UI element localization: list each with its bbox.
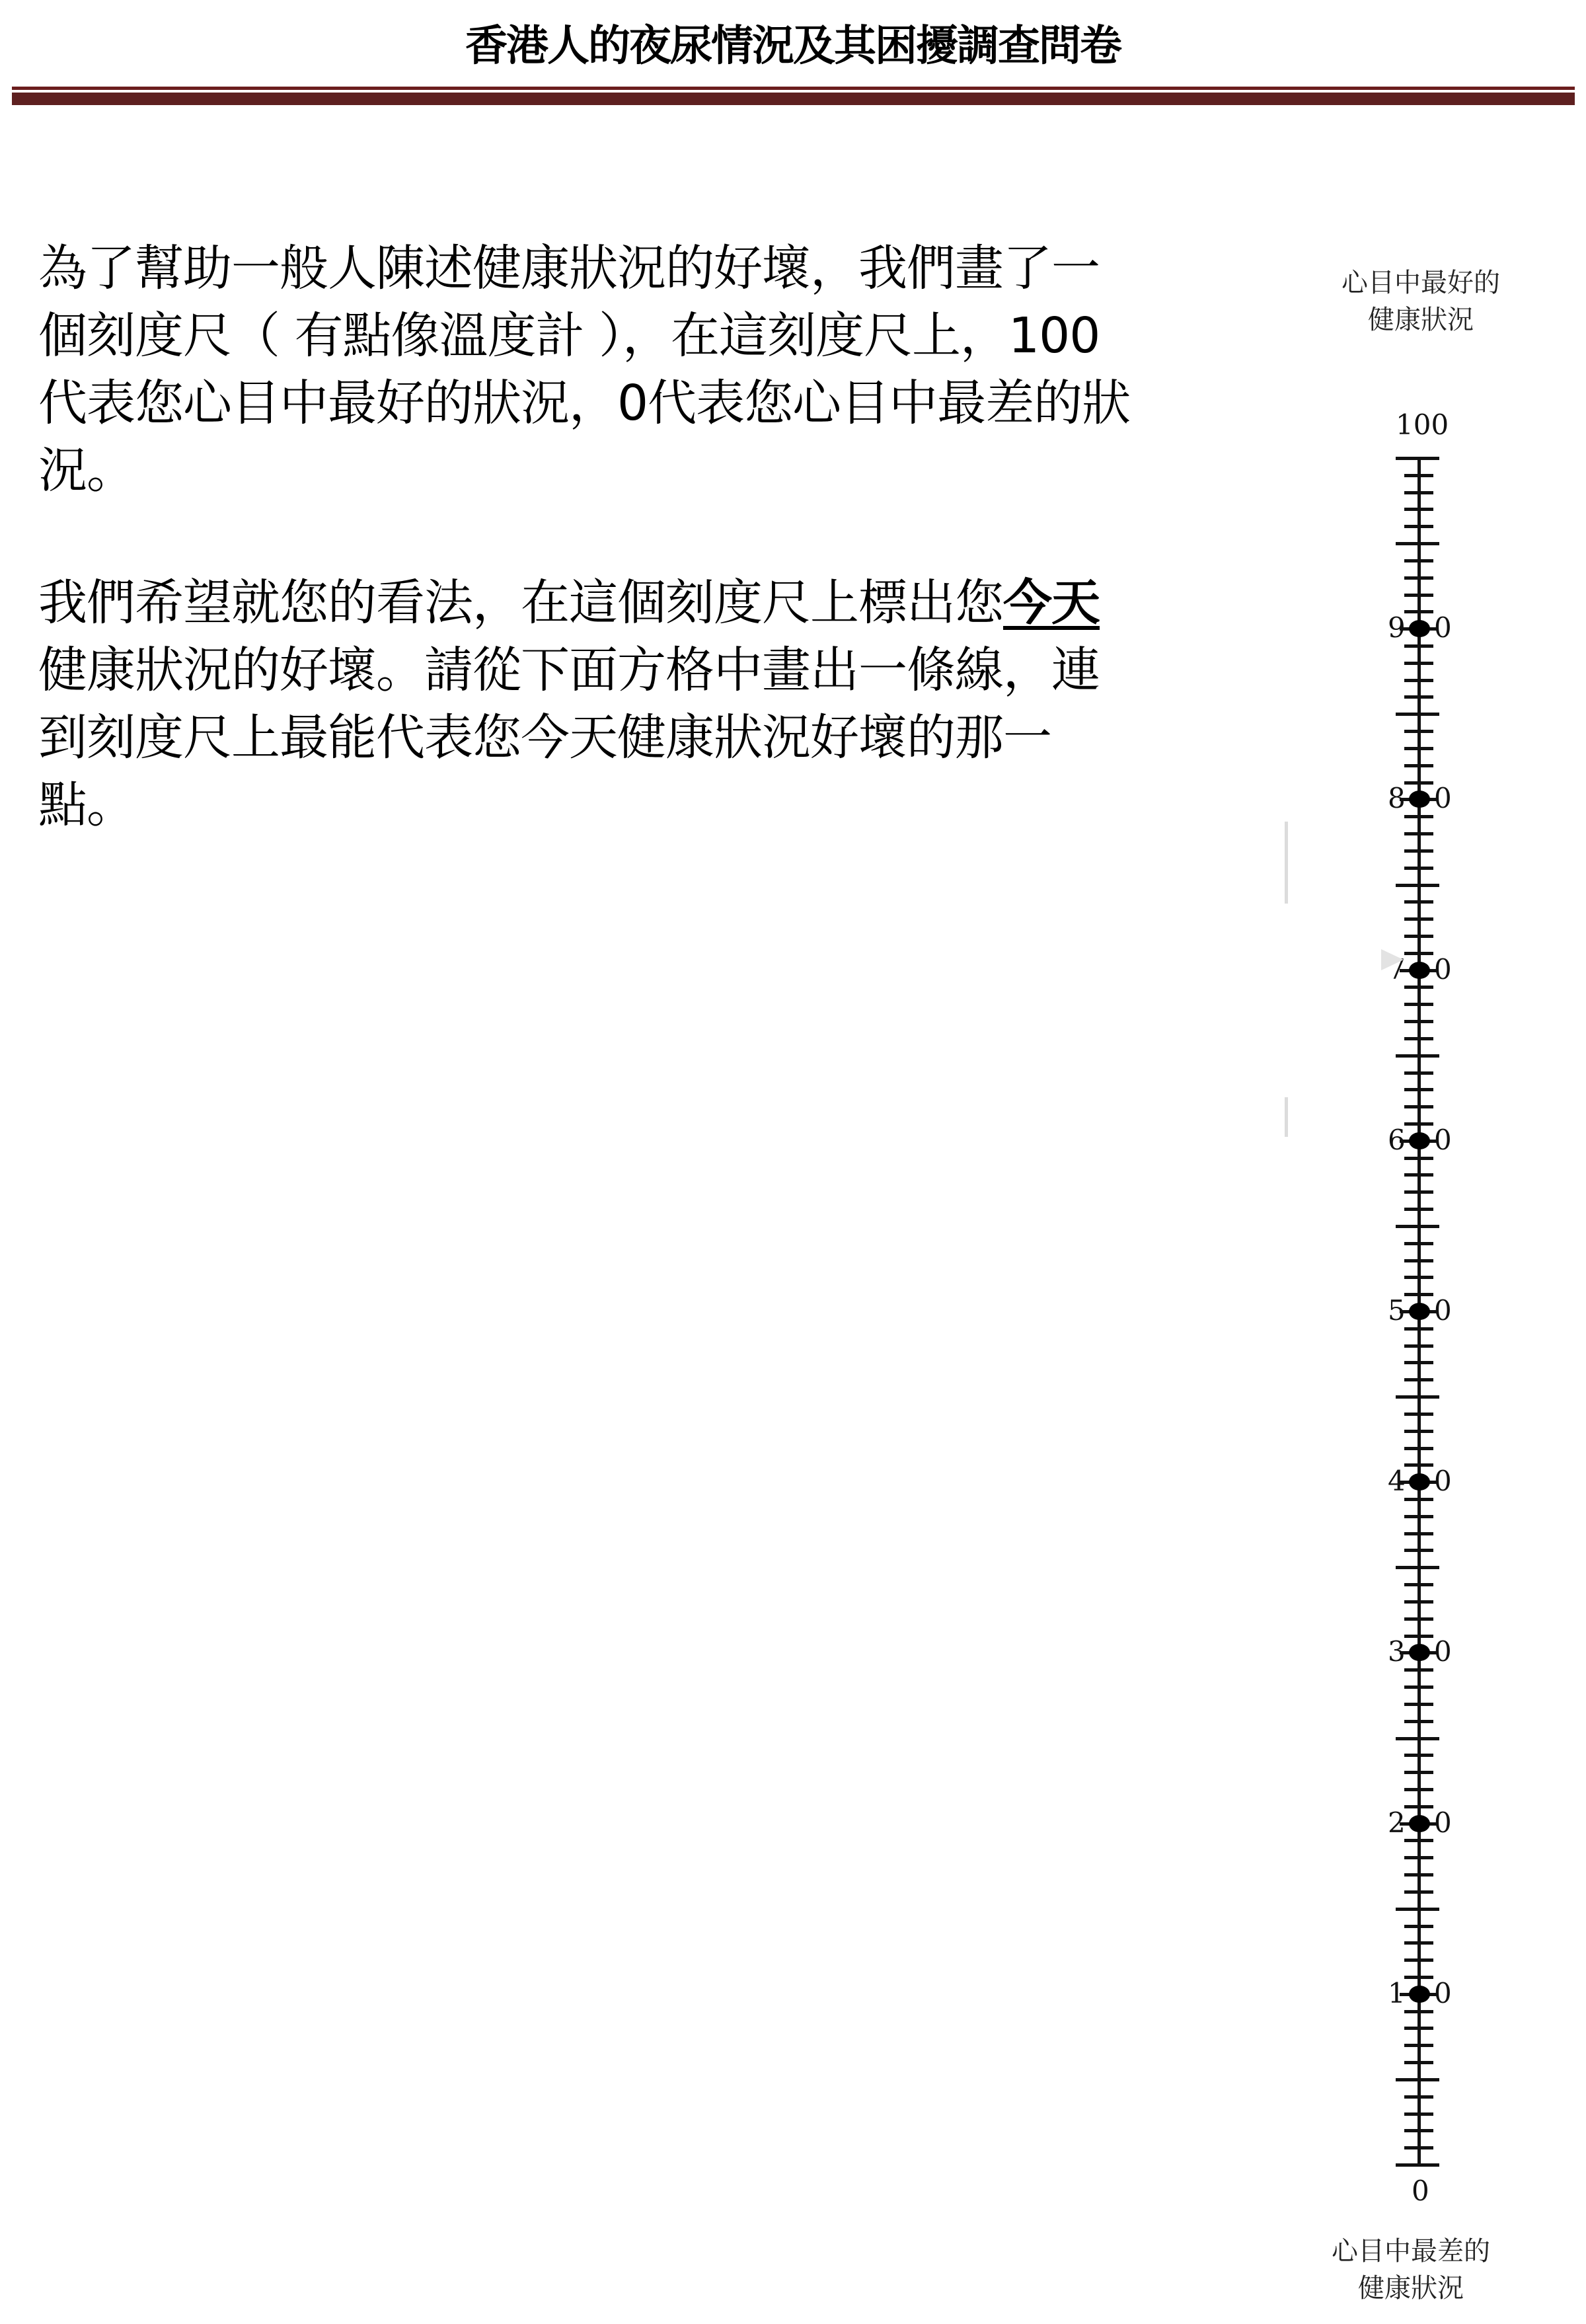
paragraph-2-text: 我們希望就您的看法，在這個刻度尺上標出您 (38, 574, 1003, 631)
scale-tick (1404, 1925, 1433, 1928)
scale-tick (1404, 1600, 1433, 1604)
scale-tick (1400, 798, 1437, 801)
scale-tick (1404, 1122, 1433, 1126)
scale-label-tens: 6 (1388, 1126, 1406, 1154)
scale-tick (1396, 1908, 1439, 1911)
scale-tick (1404, 1720, 1433, 1723)
scale-tick (1404, 1617, 1433, 1621)
scale-tick (1404, 952, 1433, 955)
scale-tick (1404, 1771, 1433, 1774)
scale-bottom-caption-line: 心目中最差的 (1279, 2233, 1543, 2270)
scan-artifact-arrow (1381, 949, 1404, 970)
scale-tick (1404, 559, 1433, 562)
scale-tick (1404, 1447, 1433, 1450)
scale-tick (1404, 1703, 1433, 1706)
scale-point-marker (1409, 1644, 1430, 1661)
scale-tick (1404, 1105, 1433, 1108)
scale-tick (1396, 1395, 1439, 1399)
instruction-paragraph-2: 我們希望就您的看法，在這個刻度尺上標出您今天 健康狀況的好壞。請從下面方格中畫出… (38, 569, 1228, 839)
scale-label-ones: 0 (1434, 1126, 1452, 1154)
scale-label-ones: 0 (1434, 1809, 1452, 1837)
scale-tick (1404, 1242, 1433, 1245)
scale-tick (1396, 457, 1439, 460)
header-rule-thin (12, 87, 1575, 90)
scale-top-caption-line: 心目中最好的 (1289, 264, 1553, 301)
instruction-paragraph-1: 為了幫助一般人陳述健康狀況的好壞，我們畫了一 個刻度尺（ 有點像溫度計 ），在這… (38, 235, 1228, 504)
scale-tick (1404, 1873, 1433, 1877)
scale-tick (1404, 849, 1433, 853)
scale-tick (1404, 1754, 1433, 1757)
scale-label-tens: 1 (1388, 1980, 1406, 2007)
scale-tick (1404, 1958, 1433, 1962)
scale-point-marker (1409, 962, 1430, 979)
scale-tick (1404, 1259, 1433, 1262)
scale-label-tens: 5 (1388, 1297, 1406, 1325)
scale-label-ones: 0 (1434, 1980, 1452, 2007)
scale-max-label: 100 (1396, 411, 1449, 439)
scale-tick (1404, 1276, 1433, 1279)
scale-tick (1404, 491, 1433, 494)
scale-tick (1400, 627, 1437, 631)
scale-label-tens: 7 (1388, 956, 1406, 984)
scale-tick (1404, 644, 1433, 648)
scale-tick (1404, 1208, 1433, 1211)
scale-tick (1404, 1293, 1433, 1296)
scale-tick (1404, 1003, 1433, 1006)
scale-label-tens: 8 (1388, 785, 1406, 812)
scan-artifact-line (1285, 1097, 1288, 1137)
scale-tick (1404, 1498, 1433, 1501)
scale-tick (1396, 2078, 1439, 2081)
scale-tick (1404, 1515, 1433, 1518)
scale-tick (1404, 917, 1433, 921)
scale-label-tens: 2 (1388, 1809, 1406, 1837)
scale-tick (1404, 679, 1433, 682)
scale-tick (1404, 1378, 1433, 1381)
scale-tick (1404, 1532, 1433, 1535)
scale-tick (1404, 2095, 1433, 2099)
scan-artifact-line (1285, 822, 1288, 904)
scale-tick (1404, 1361, 1433, 1364)
scale-tick (1396, 1566, 1439, 1569)
scale-tick (1404, 781, 1433, 785)
scale-tick (1396, 542, 1439, 545)
scale-tick (1400, 1822, 1437, 1826)
today-emphasis: 今天 (1003, 574, 1100, 631)
scale-tick (1404, 1430, 1433, 1433)
scale-tick (1404, 610, 1433, 613)
scale-tick (1404, 1344, 1433, 1348)
scale-tick (1404, 594, 1433, 597)
scale-tick (1404, 2027, 1433, 2030)
scale-tick (1404, 1037, 1433, 1040)
scale-tick (1396, 713, 1439, 716)
scale-tick (1404, 695, 1433, 699)
scale-tick (1404, 2112, 1433, 2116)
scale-tick (1404, 2129, 1433, 2132)
paragraph-1-line: 個刻度尺（ 有點像溫度計 ），在這刻度尺上，100 (38, 302, 1228, 369)
scale-label-ones: 0 (1434, 956, 1452, 984)
scale-tick (1400, 1310, 1437, 1313)
scale-tick (1404, 730, 1433, 733)
scale-tick (1404, 1173, 1433, 1177)
scale-tick (1404, 1071, 1433, 1075)
paragraph-2-line: 到刻度尺上最能代表您今天健康狀況好壞的那一 (38, 704, 1228, 771)
scale-label-tens: 3 (1388, 1638, 1406, 1666)
scale-bottom-caption-line: 健康狀況 (1279, 2270, 1543, 2307)
paragraph-2-line: 我們希望就您的看法，在這個刻度尺上標出您今天 (38, 569, 1228, 637)
scale-label-ones: 0 (1434, 1467, 1452, 1495)
scale-tick (1404, 1413, 1433, 1416)
scale-tick (1404, 576, 1433, 580)
scale-tick (1396, 1225, 1439, 1228)
scale-tick (1400, 1651, 1437, 1654)
scale-point-marker (1409, 1303, 1430, 1320)
scale-tick (1404, 1941, 1433, 1945)
scale-tick (1404, 1839, 1433, 1842)
scale-bottom-caption: 心目中最差的 健康狀況 (1279, 2233, 1543, 2307)
scale-tick (1404, 1157, 1433, 1160)
scale-point-marker (1409, 1986, 1430, 2003)
scale-tick (1404, 986, 1433, 989)
scale-tick (1404, 525, 1433, 528)
scale-tick (1404, 1788, 1433, 1791)
scale-tick (1404, 1583, 1433, 1586)
scale-label-ones: 0 (1434, 1638, 1452, 1666)
scale-tick (1400, 1481, 1437, 1484)
paragraph-1-line: 況。 (38, 437, 1228, 504)
scale-tick (1404, 935, 1433, 938)
scale-tick (1404, 2061, 1433, 2064)
scale-tick (1404, 1805, 1433, 1808)
paragraph-2-line: 健康狀況的好壞。請從下面方格中畫出一條線，連 (38, 637, 1228, 704)
scale-tick (1404, 867, 1433, 870)
scale-label-ones: 0 (1434, 1297, 1452, 1325)
scale-tick (1404, 1890, 1433, 1894)
scale-tick (1396, 2163, 1439, 2167)
paragraph-1-line: 代表您心目中最好的狀況，0代表您心目中最差的狀 (38, 369, 1228, 437)
scale-tick (1404, 1685, 1433, 1689)
scale-tick (1404, 1856, 1433, 1859)
scale-tick (1404, 815, 1433, 818)
scale-point-marker (1409, 791, 1430, 808)
scale-tick (1404, 900, 1433, 904)
scale-label-tens: 9 (1388, 614, 1406, 642)
scale-tick (1404, 2146, 1433, 2150)
scale-tick (1404, 1463, 1433, 1467)
scale-axis (1417, 458, 1421, 2167)
scale-tick (1404, 1635, 1433, 1638)
scale-label-ones: 0 (1434, 614, 1452, 642)
scale-point-marker (1409, 1815, 1430, 1832)
questionnaire-title: 香港人的夜尿情況及其困擾調查問卷 (0, 19, 1586, 74)
scale-tick (1404, 747, 1433, 750)
scale-tick (1404, 2010, 1433, 2013)
scale-tick (1400, 969, 1437, 972)
scale-tick (1404, 662, 1433, 665)
scale-tick (1400, 1993, 1437, 1996)
scale-tick (1404, 1549, 1433, 1552)
scale-tick (1404, 1190, 1433, 1194)
scale-tick (1396, 884, 1439, 887)
scale-tick (1404, 1668, 1433, 1672)
scale-tick (1404, 1088, 1433, 1091)
scale-tick (1396, 1054, 1439, 1058)
scale-top-caption-line: 健康狀況 (1289, 301, 1553, 338)
scale-tick (1404, 1327, 1433, 1331)
scale-tick (1404, 508, 1433, 511)
scale-tick (1404, 2044, 1433, 2047)
scale-tick (1404, 764, 1433, 767)
scale-tick (1400, 1140, 1437, 1143)
scale-point-marker (1409, 620, 1430, 637)
scale-tick (1404, 1976, 1433, 1979)
scale-min-label: 0 (1412, 2177, 1429, 2205)
scale-point-marker (1409, 1132, 1430, 1149)
scale-tick (1404, 474, 1433, 477)
header-rule-thick (12, 93, 1575, 105)
paragraph-1-line: 為了幫助一般人陳述健康狀況的好壞，我們畫了一 (38, 235, 1228, 302)
scale-top-caption: 心目中最好的 健康狀況 (1289, 264, 1553, 338)
paragraph-2-line: 點。 (38, 771, 1228, 839)
scale-tick (1396, 1737, 1439, 1740)
scale-point-marker (1409, 1473, 1430, 1491)
scale-label-ones: 0 (1434, 785, 1452, 812)
scale-label-tens: 4 (1388, 1467, 1406, 1495)
scale-tick (1404, 832, 1433, 835)
scale-tick (1404, 1020, 1433, 1023)
